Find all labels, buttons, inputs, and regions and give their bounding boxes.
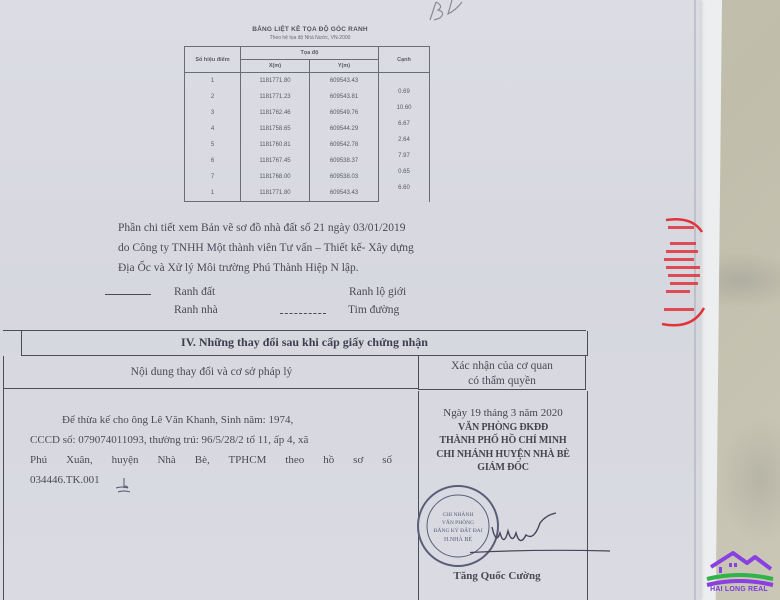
initial-mark bbox=[112, 474, 136, 494]
coordinate-cell-y: 609544.29 bbox=[310, 121, 379, 137]
office-branch: CHI NHÁNH HUYỆN NHÀ BÈ bbox=[419, 448, 587, 462]
change-line: 034446.TK.001 bbox=[30, 470, 392, 490]
edge-length: 0.65 bbox=[379, 169, 429, 175]
land-boundary-line bbox=[105, 294, 151, 295]
red-seal-stamp bbox=[656, 212, 708, 332]
signature bbox=[470, 505, 620, 565]
detail-note-line: do Công ty TNHH Một thành viên Tư vấn – … bbox=[118, 238, 518, 258]
svg-text:CHI NHÁNH: CHI NHÁNH bbox=[443, 510, 474, 518]
coordinate-cell-y: 609543.43 bbox=[310, 73, 379, 90]
coordinate-cell-point: 7 bbox=[185, 169, 241, 185]
header-line: có thẩm quyền bbox=[419, 374, 585, 389]
edge-length: 2.64 bbox=[379, 137, 429, 143]
coordinate-cell-x: 1181771.80 bbox=[241, 73, 310, 90]
legend-road-boundary: Ranh lộ giới bbox=[349, 286, 406, 298]
brand-name: HAI LONG REAL bbox=[703, 586, 775, 593]
legend-road-center: Tim đường bbox=[348, 304, 399, 316]
coordinate-cell-point: 1 bbox=[185, 185, 241, 202]
edge-length: 7.97 bbox=[379, 153, 429, 159]
coordinate-cell-point: 5 bbox=[185, 137, 241, 153]
coordinate-table-title: BẢNG LIỆT KÊ TỌA ĐỘ GÓC RANH bbox=[180, 26, 440, 33]
header-line: Xác nhận của cơ quan bbox=[419, 359, 585, 374]
confirmation-block: Ngày 19 tháng 3 năm 2020 VĂN PHÒNG ĐKĐĐ … bbox=[419, 407, 587, 475]
office-city: THÀNH PHỐ HỒ CHÍ MINH bbox=[419, 434, 587, 448]
edge-length: 6.67 bbox=[379, 121, 429, 127]
legend-land-boundary: Ranh đất bbox=[174, 286, 215, 298]
coordinate-cell-x: 1181762.46 bbox=[241, 105, 310, 121]
detail-note-line: Địa Ốc và Xử lý Môi trường Phú Thành Hiệ… bbox=[118, 258, 518, 278]
coordinate-cell-point: 3 bbox=[185, 105, 241, 121]
coordinate-row: 11181771.80609543.430.6910.606.672.647.9… bbox=[185, 73, 430, 90]
coordinate-table-subtitle: Theo hệ tọa độ Nhà Nước, VN-2000 bbox=[180, 35, 440, 41]
coordinate-cell-x: 1181771.80 bbox=[241, 185, 310, 202]
changes-content-header: Nội dung thay đổi và cơ sở pháp lý bbox=[3, 356, 419, 389]
coordinate-cell-x: 1181771.23 bbox=[241, 89, 310, 105]
handwritten-mark bbox=[422, 0, 482, 24]
coordinate-cell-y: 609542.78 bbox=[310, 137, 379, 153]
change-line: Phú Xuân, huyện Nhà Bè, TPHCM theo hồ sơ… bbox=[30, 450, 392, 470]
coordinate-table: Số hiệu điểm Tọa độ Cạnh X(m) Y(m) 11181… bbox=[184, 46, 430, 202]
edge-length: 6.60 bbox=[379, 185, 429, 191]
signer-role: GIÁM ĐỐC bbox=[419, 461, 587, 475]
coordinate-cell-point: 2 bbox=[185, 89, 241, 105]
change-line: CCCD số: 079074011093, thường trú: 96/5/… bbox=[30, 430, 392, 450]
header-x: X(m) bbox=[241, 60, 310, 73]
change-description: Để thừa kế cho ông Lê Văn Khanh, Sinh nă… bbox=[30, 410, 392, 490]
coordinate-cell-x: 1181758.65 bbox=[241, 121, 310, 137]
coordinate-cell-y: 609543.43 bbox=[310, 185, 379, 202]
coordinate-cell-point: 4 bbox=[185, 121, 241, 137]
edge-length: 0.69 bbox=[379, 89, 429, 95]
changes-section-title: IV. Những thay đổi sau khi cấp giấy chứn… bbox=[21, 331, 588, 356]
detail-note-line: Phần chi tiết xem Bản vẽ sơ đồ nhà đất s… bbox=[118, 218, 518, 238]
detail-note: Phần chi tiết xem Bản vẽ sơ đồ nhà đất s… bbox=[118, 218, 518, 278]
coordinate-cell-x: 1181760.81 bbox=[241, 137, 310, 153]
coordinate-cell-x: 1181767.45 bbox=[241, 153, 310, 169]
coordinate-cell-y: 609538.03 bbox=[310, 169, 379, 185]
change-line: Để thừa kế cho ông Lê Văn Khanh, Sinh nă… bbox=[62, 414, 293, 426]
header-point: Số hiệu điểm bbox=[185, 47, 241, 73]
coordinate-cell-y: 609543.81 bbox=[310, 89, 379, 105]
header-edge: Cạnh bbox=[379, 47, 430, 73]
coordinate-cell-y: 609538.37 bbox=[310, 153, 379, 169]
coordinate-cell-point: 1 bbox=[185, 73, 241, 90]
confirmation-date: Ngày 19 tháng 3 năm 2020 bbox=[419, 407, 587, 421]
road-center-line bbox=[280, 313, 326, 314]
signer-name: Tăng Quốc Cường bbox=[413, 570, 581, 582]
coordinate-cell-y: 609549.76 bbox=[310, 105, 379, 121]
legend-house-boundary: Ranh nhà bbox=[174, 304, 218, 316]
office-name: VĂN PHÒNG ĐKĐĐ bbox=[419, 421, 587, 435]
edge-length: 10.60 bbox=[379, 105, 429, 111]
coordinate-cell-x: 1181768.00 bbox=[241, 169, 310, 185]
header-y: Y(m) bbox=[310, 60, 379, 73]
header-coordinates: Tọa độ bbox=[241, 47, 379, 60]
authority-confirmation-header: Xác nhận của cơ quan có thẩm quyền bbox=[418, 356, 586, 390]
coordinate-cell-point: 6 bbox=[185, 153, 241, 169]
svg-text:H.NHÀ BÈ: H.NHÀ BÈ bbox=[444, 535, 472, 543]
edge-lengths-cell: 0.6910.606.672.647.970.656.60 bbox=[379, 73, 430, 202]
